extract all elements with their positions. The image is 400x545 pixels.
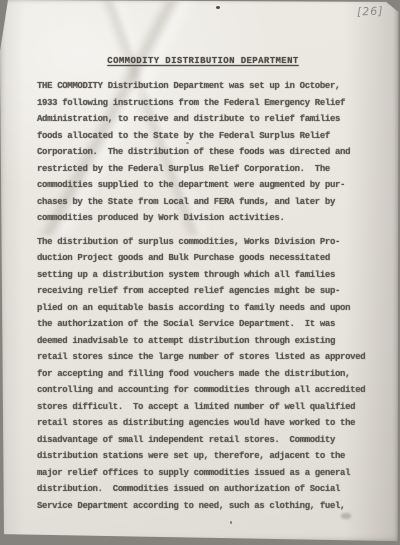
typed-line: major relief offices to supply commoditi… <box>37 465 369 482</box>
typed-line: commodities produced by Work Division ac… <box>37 210 369 227</box>
typed-line: setting up a distribution system through… <box>37 267 369 284</box>
typed-line: retail stores as distributing agencies w… <box>37 415 369 432</box>
typed-line: plied on an equitable basis according to… <box>37 300 369 317</box>
typed-line: commodities supplied to the department w… <box>37 177 369 194</box>
typed-line: THE COMMODITY Distribution Department wa… <box>37 78 369 95</box>
typed-line: restricted by the Federal Surplus Relief… <box>37 161 369 178</box>
typed-line: controlling and accounting for commoditi… <box>37 382 369 399</box>
typed-line: the authorization of the Social Service … <box>37 316 369 333</box>
paragraph: The distribution of surplus commodities,… <box>37 234 369 515</box>
typed-line: for accepting and filling food vouchers … <box>37 366 369 383</box>
typed-line: distribution. Commodities issued on auth… <box>37 481 369 498</box>
ink-speck <box>230 521 232 524</box>
typed-line: disadvantage of small independent retail… <box>37 432 369 449</box>
ink-speck <box>216 6 220 9</box>
document-body: THE COMMODITY Distribution Department wa… <box>37 78 369 514</box>
typed-line: The distribution of surplus commodities,… <box>37 234 369 251</box>
document-page: [26] COMMODITY DISTRIBUTION DEPARTMENT T… <box>0 0 400 545</box>
document-title: COMMODITY DISTRIBUTION DEPARTMENT <box>37 56 369 66</box>
typed-line: foods allocated to the State by the Fede… <box>37 128 369 145</box>
typed-line: Corporation. The distribution of these f… <box>37 144 369 161</box>
typed-line: deemed inadvisable to attempt distributi… <box>37 333 369 350</box>
paragraph: THE COMMODITY Distribution Department wa… <box>37 78 369 227</box>
typed-line: retail stores since the large number of … <box>37 349 369 366</box>
typed-text-area: COMMODITY DISTRIBUTION DEPARTMENT THE CO… <box>37 56 369 514</box>
typed-line: stores difficult. To accept a limited nu… <box>37 399 369 416</box>
typed-line: 1933 following instructions from the Fed… <box>37 95 369 112</box>
page-number-annotation: [26] <box>357 5 384 19</box>
typed-line: receiving relief from accepted relief ag… <box>37 283 369 300</box>
typed-line: Service Department according to need, su… <box>37 498 369 515</box>
typed-line: distribution stations were set up, there… <box>37 448 369 465</box>
typed-line: duction Project goods and Bulk Purchase … <box>37 250 369 267</box>
typed-line: chases by the State from Local and FERA … <box>37 194 369 211</box>
typed-line: Administration, to receive and distribut… <box>37 111 369 128</box>
scanned-photo-background: [26] COMMODITY DISTRIBUTION DEPARTMENT T… <box>0 0 400 545</box>
